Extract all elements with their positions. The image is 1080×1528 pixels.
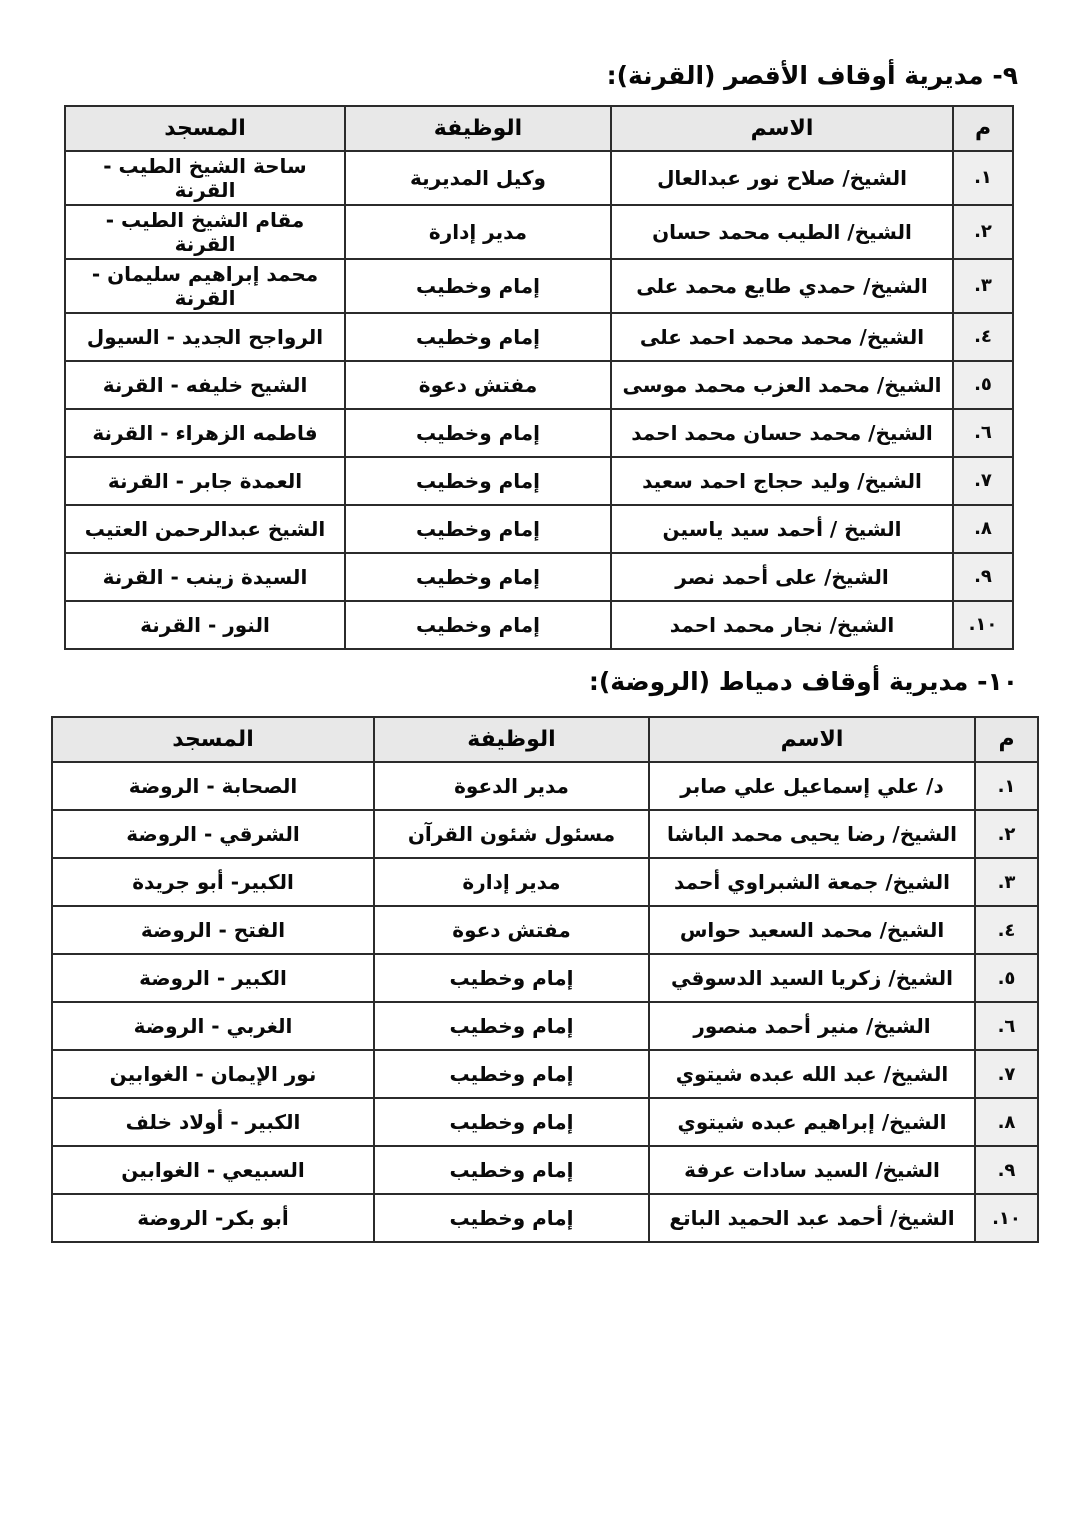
cell-job: إمام وخطيب (345, 601, 611, 649)
table-body: ١.د/ علي إسماعيل علي صابرمدير الدعوةالصح… (52, 762, 1038, 1242)
cell-name: الشيخ/ صلاح نور عبدالعال (611, 151, 953, 205)
header-mosque: المسجد (65, 106, 345, 151)
cell-num: ٦. (953, 409, 1013, 457)
cell-name: الشيخ/ إبراهيم عبده شيتوي (649, 1098, 975, 1146)
cell-mosque: الشيخ عبدالرحمن العتيب (65, 505, 345, 553)
cell-mosque: محمد إبراهيم سليمان - القرنة (65, 259, 345, 313)
table-row: ١.د/ علي إسماعيل علي صابرمدير الدعوةالصح… (52, 762, 1038, 810)
cell-num: ١٠. (953, 601, 1013, 649)
cell-name: الشيخ/ حمدي طايع محمد على (611, 259, 953, 313)
cell-job: إمام وخطيب (374, 1146, 649, 1194)
cell-mosque: الفتح - الروضة (52, 906, 374, 954)
cell-name: الشيخ/ منير أحمد منصور (649, 1002, 975, 1050)
table-row: ٧.الشيخ/ وليد حجاج احمد سعيدإمام وخطيبال… (65, 457, 1013, 505)
table-row: ٢.الشيخ/ رضا يحيى محمد الباشامسئول شئون … (52, 810, 1038, 858)
cell-num: ٤. (975, 906, 1038, 954)
cell-job: إمام وخطيب (345, 505, 611, 553)
table-row: ٤.الشيخ/ محمد محمد احمد علىإمام وخطيبالر… (65, 313, 1013, 361)
cell-name: الشيخ/ محمد السعيد حواس (649, 906, 975, 954)
table-row: ٩.الشيخ/ السيد سادات عرفةإمام وخطيبالسبي… (52, 1146, 1038, 1194)
cell-num: ٧. (953, 457, 1013, 505)
table-row: ٧.الشيخ/ عبد الله عبده شيتويإمام وخطيبنو… (52, 1050, 1038, 1098)
cell-mosque: مقام الشيخ الطيب - القرنة (65, 205, 345, 259)
cell-num: ١. (975, 762, 1038, 810)
cell-mosque: الكبير- أبو جريدة (52, 858, 374, 906)
table-row: ٩.الشيخ/ على أحمد نصرإمام وخطيبالسيدة زي… (65, 553, 1013, 601)
header-job: الوظيفة (345, 106, 611, 151)
cell-mosque: الشيح خليفه - القرنة (65, 361, 345, 409)
document-page: ٩- مديرية أوقاف الأقصر (القرنة): م الاسم… (0, 0, 1080, 1528)
cell-mosque: الرواجح الجديد - السيول (65, 313, 345, 361)
header-row: م الاسم الوظيفة المسجد (65, 106, 1013, 151)
table-row: ٢.الشيخ/ الطيب محمد حسانمدير إدارةمقام ا… (65, 205, 1013, 259)
section-title-luxor: ٩- مديرية أوقاف الأقصر (القرنة): (0, 60, 1080, 93)
cell-job: إمام وخطيب (374, 1050, 649, 1098)
cell-name: الشيخ/ رضا يحيى محمد الباشا (649, 810, 975, 858)
table-row: ٨.الشيخ/ إبراهيم عبده شيتويإمام وخطيبالك… (52, 1098, 1038, 1146)
cell-job: إمام وخطيب (374, 954, 649, 1002)
cell-name: الشيخ/ الطيب محمد حسان (611, 205, 953, 259)
table-row: ٣.الشيخ/ حمدي طايع محمد علىإمام وخطيبمحم… (65, 259, 1013, 313)
cell-num: ٦. (975, 1002, 1038, 1050)
cell-mosque: الصحابة - الروضة (52, 762, 374, 810)
table-body: ١.الشيخ/ صلاح نور عبدالعالوكيل المديريةس… (65, 151, 1013, 649)
cell-job: إمام وخطيب (374, 1194, 649, 1242)
cell-num: ٤. (953, 313, 1013, 361)
cell-job: إمام وخطيب (345, 457, 611, 505)
cell-name: الشيخ/ محمد حسان محمد احمد (611, 409, 953, 457)
table-row: ٣.الشيخ/ جمعة الشبراوي أحمدمدير إدارةالك… (52, 858, 1038, 906)
luxor-roster-table: م الاسم الوظيفة المسجد ١.الشيخ/ صلاح نور… (64, 105, 1014, 650)
table-row: ٦.الشيخ/ محمد حسان محمد احمدإمام وخطيبفا… (65, 409, 1013, 457)
cell-name: الشيخ/ عبد الله عبده شيتوي (649, 1050, 975, 1098)
header-num: م (953, 106, 1013, 151)
cell-name: الشيخ/ السيد سادات عرفة (649, 1146, 975, 1194)
table-row: ٥.الشيخ/ زكريا السيد الدسوقيإمام وخطيبال… (52, 954, 1038, 1002)
table-header: م الاسم الوظيفة المسجد (52, 717, 1038, 762)
cell-job: إمام وخطيب (374, 1002, 649, 1050)
cell-num: ٥. (953, 361, 1013, 409)
cell-name: الشيخ/ جمعة الشبراوي أحمد (649, 858, 975, 906)
cell-mosque: السيدة زينب - القرنة (65, 553, 345, 601)
cell-name: د/ علي إسماعيل علي صابر (649, 762, 975, 810)
table-row: ٦.الشيخ/ منير أحمد منصورإمام وخطيبالغربي… (52, 1002, 1038, 1050)
cell-job: مفتش دعوة (345, 361, 611, 409)
header-num: م (975, 717, 1038, 762)
cell-num: ٣. (953, 259, 1013, 313)
header-mosque: المسجد (52, 717, 374, 762)
table-row: ١.الشيخ/ صلاح نور عبدالعالوكيل المديريةس… (65, 151, 1013, 205)
cell-mosque: الشرقي - الروضة (52, 810, 374, 858)
cell-name: الشيخ/ محمد محمد احمد على (611, 313, 953, 361)
cell-mosque: نور الإيمان - الغوابين (52, 1050, 374, 1098)
cell-num: ٩. (953, 553, 1013, 601)
cell-job: مدير إدارة (374, 858, 649, 906)
cell-mosque: النور - القرنة (65, 601, 345, 649)
header-row: م الاسم الوظيفة المسجد (52, 717, 1038, 762)
cell-job: إمام وخطيب (345, 409, 611, 457)
cell-num: ٩. (975, 1146, 1038, 1194)
cell-mosque: السبيعي - الغوابين (52, 1146, 374, 1194)
cell-num: ٧. (975, 1050, 1038, 1098)
header-name: الاسم (649, 717, 975, 762)
cell-job: إمام وخطيب (345, 553, 611, 601)
cell-job: مدير إدارة (345, 205, 611, 259)
table-row: ١٠.الشيخ/ أحمد عبد الحميد الباتعإمام وخط… (52, 1194, 1038, 1242)
cell-num: ٨. (975, 1098, 1038, 1146)
cell-name: الشيخ/ على أحمد نصر (611, 553, 953, 601)
cell-num: ٢. (975, 810, 1038, 858)
cell-num: ١٠. (975, 1194, 1038, 1242)
cell-job: مدير الدعوة (374, 762, 649, 810)
cell-name: الشيخ/ محمد العزب محمد موسى (611, 361, 953, 409)
table-row: ٤.الشيخ/ محمد السعيد حواسمفتش دعوةالفتح … (52, 906, 1038, 954)
cell-mosque: العمدة جابر - القرنة (65, 457, 345, 505)
cell-num: ٨. (953, 505, 1013, 553)
cell-mosque: أبو بكر- الروضة (52, 1194, 374, 1242)
cell-mosque: الكبير - الروضة (52, 954, 374, 1002)
cell-job: مفتش دعوة (374, 906, 649, 954)
cell-num: ٥. (975, 954, 1038, 1002)
table-row: ٨.الشيخ / أحمد سيد ياسينإمام وخطيبالشيخ … (65, 505, 1013, 553)
cell-job: مسئول شئون القرآن (374, 810, 649, 858)
cell-mosque: الكبير - أولاد خلف (52, 1098, 374, 1146)
cell-num: ٣. (975, 858, 1038, 906)
table-header: م الاسم الوظيفة المسجد (65, 106, 1013, 151)
cell-job: وكيل المديرية (345, 151, 611, 205)
cell-mosque: فاطمه الزهراء - القرنة (65, 409, 345, 457)
cell-name: الشيخ/ زكريا السيد الدسوقي (649, 954, 975, 1002)
cell-job: إمام وخطيب (345, 313, 611, 361)
cell-job: إمام وخطيب (374, 1098, 649, 1146)
cell-num: ١. (953, 151, 1013, 205)
cell-num: ٢. (953, 205, 1013, 259)
cell-name: الشيخ/ أحمد عبد الحميد الباتع (649, 1194, 975, 1242)
cell-name: الشيخ/ نجار محمد احمد (611, 601, 953, 649)
cell-job: إمام وخطيب (345, 259, 611, 313)
table-row: ١٠.الشيخ/ نجار محمد احمدإمام وخطيبالنور … (65, 601, 1013, 649)
damietta-roster-table: م الاسم الوظيفة المسجد ١.د/ علي إسماعيل … (51, 716, 1039, 1243)
section-title-damietta: ١٠- مديرية أوقاف دمياط (الروضة): (0, 666, 1080, 699)
cell-mosque: ساحة الشيخ الطيب - القرنة (65, 151, 345, 205)
header-name: الاسم (611, 106, 953, 151)
cell-name: الشيخ / أحمد سيد ياسين (611, 505, 953, 553)
header-job: الوظيفة (374, 717, 649, 762)
cell-mosque: الغربي - الروضة (52, 1002, 374, 1050)
table-row: ٥.الشيخ/ محمد العزب محمد موسىمفتش دعوةال… (65, 361, 1013, 409)
cell-name: الشيخ/ وليد حجاج احمد سعيد (611, 457, 953, 505)
